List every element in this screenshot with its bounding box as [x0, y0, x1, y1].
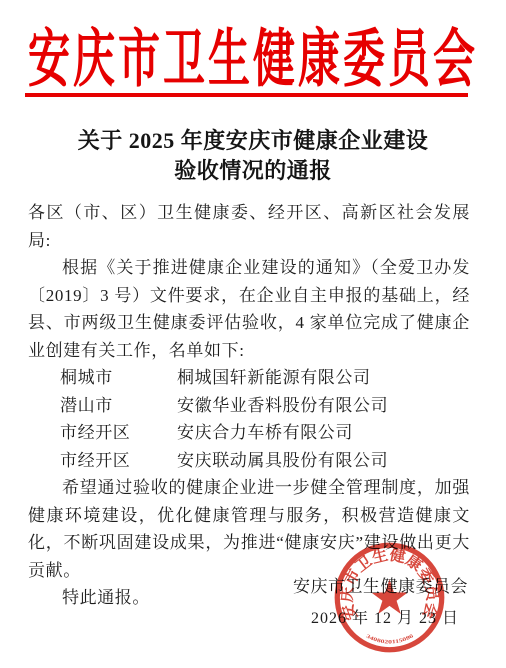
- paragraph-basis: 根据《关于推进健康企业建设的通知》（全爱卫办发〔2019〕3 号）文件要求，在企…: [28, 254, 470, 364]
- document-title: 关于 2025 年度安庆市健康企业建设 验收情况的通报: [0, 126, 506, 186]
- document-body: 各区（市、区）卫生健康委、经开区、高新区社会发展局: 根据《关于推进健康企业建设…: [28, 199, 470, 612]
- issue-date: 2026 年 12 月 23 日: [0, 605, 506, 628]
- letterhead-issuer-title: 安庆市卫生健康委员会: [0, 10, 506, 100]
- seal-code-text: 3408020115086: [365, 633, 415, 646]
- issuer-signature: 安庆市卫生健康委员会: [0, 572, 506, 597]
- list-item: 市经开区 安庆合力车桥有限公司: [60, 419, 470, 447]
- document-title-line2: 验收情况的通报: [0, 156, 506, 186]
- company-name: 安庆联动属具股份有限公司: [177, 447, 470, 475]
- company-name: 安徽华业香料股份有限公司: [177, 392, 470, 420]
- salutation: 各区（市、区）卫生健康委、经开区、高新区社会发展局:: [28, 199, 470, 254]
- company-name: 桐城国轩新能源有限公司: [177, 364, 470, 392]
- list-item: 市经开区 安庆联动属具股份有限公司: [60, 447, 470, 475]
- list-item: 桐城市 桐城国轩新能源有限公司: [60, 364, 470, 392]
- company-name: 安庆合力车桥有限公司: [177, 419, 470, 447]
- list-item: 潜山市 安徽华业香料股份有限公司: [60, 392, 470, 420]
- paragraph-expectation: 希望通过验收的健康企业进一步健全管理制度，加强健康环境建设，优化健康管理与服务，…: [28, 474, 470, 584]
- district-label: 桐城市: [60, 364, 177, 392]
- letterhead-divider-rule: [25, 93, 468, 97]
- district-label: 市经开区: [60, 447, 177, 475]
- district-label: 潜山市: [60, 392, 177, 420]
- district-label: 市经开区: [60, 419, 177, 447]
- official-notice-document: 安庆市卫生健康委员会 关于 2025 年度安庆市健康企业建设 验收情况的通报 各…: [0, 0, 506, 668]
- document-title-line1: 关于 2025 年度安庆市健康企业建设: [0, 126, 506, 156]
- approved-company-list: 桐城市 桐城国轩新能源有限公司 潜山市 安徽华业香料股份有限公司 市经开区 安庆…: [28, 364, 470, 474]
